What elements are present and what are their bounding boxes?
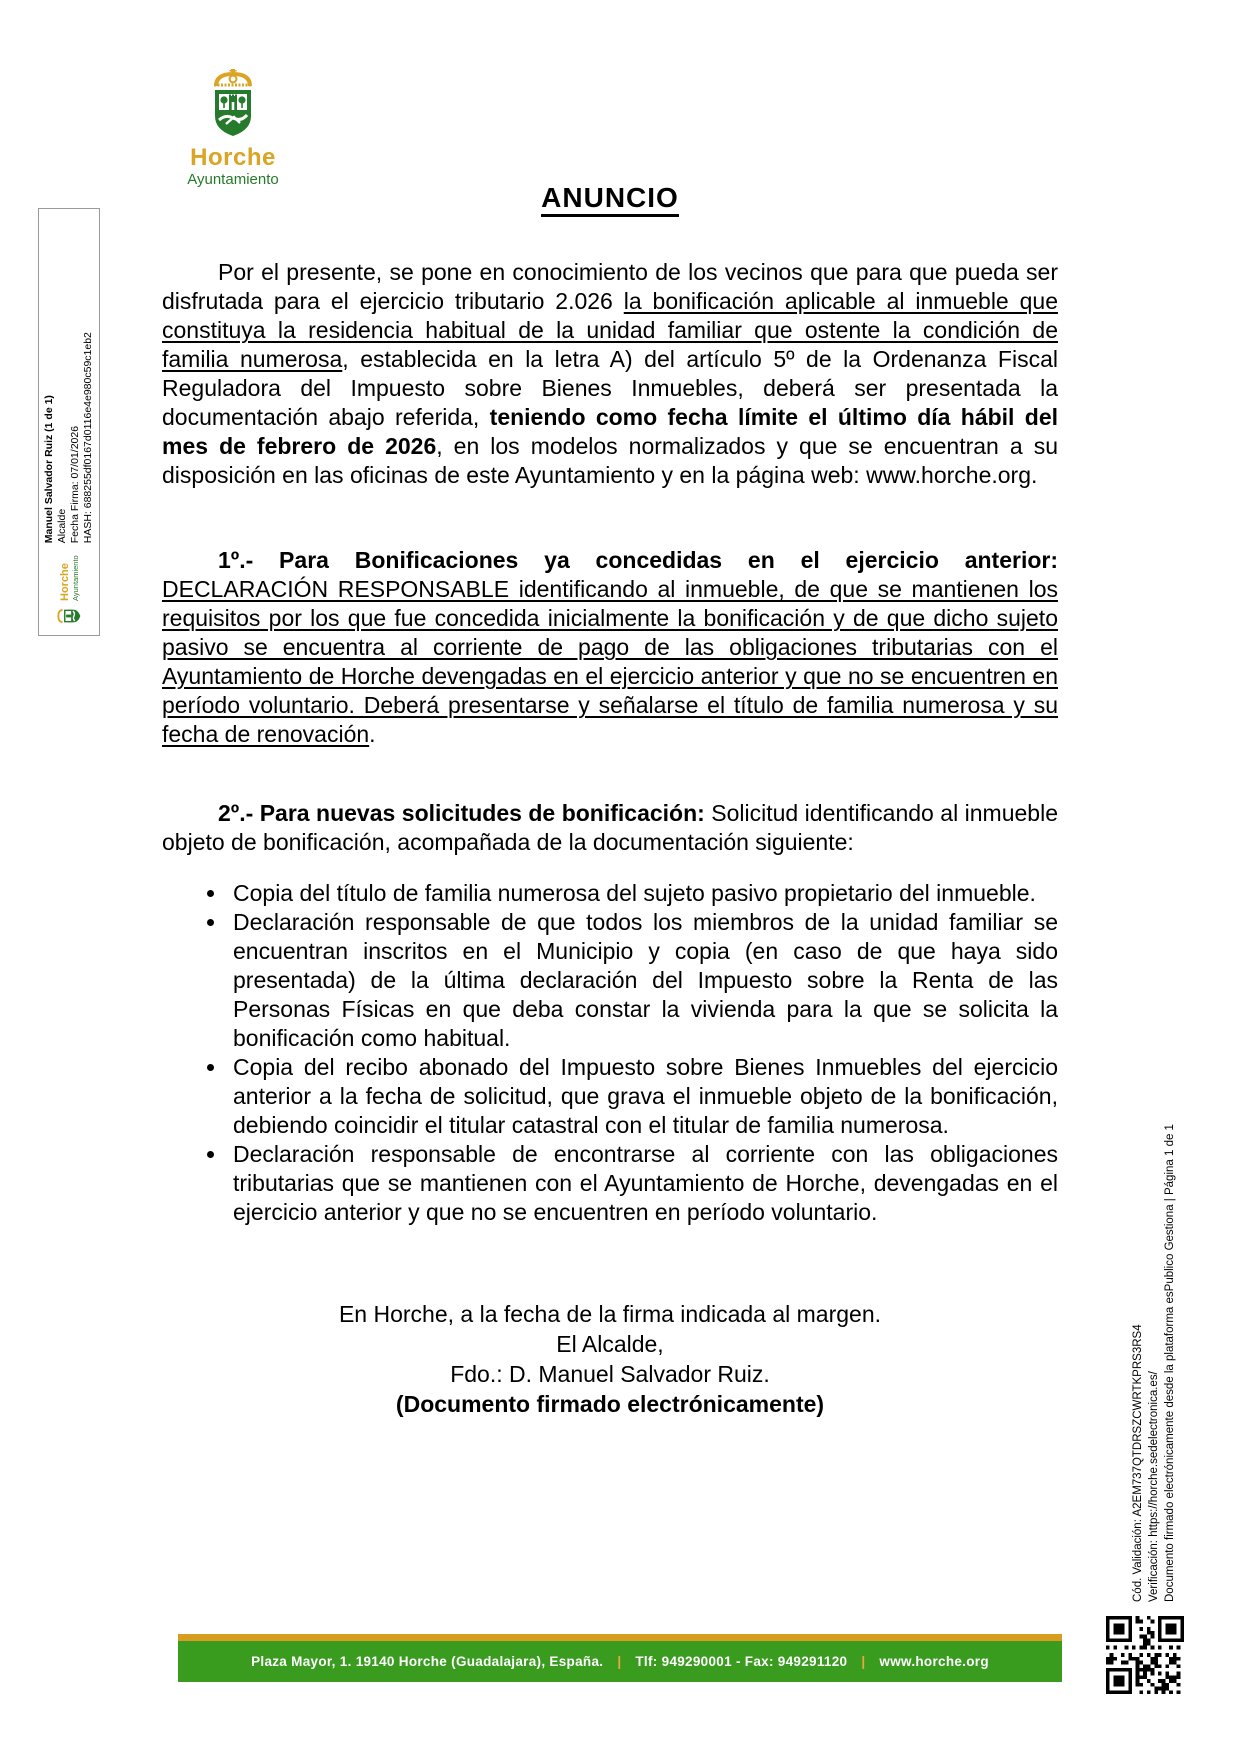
- list-item: Declaración responsable de encontrarse a…: [228, 1140, 1058, 1227]
- footer-separator: |: [861, 1654, 865, 1669]
- list-item: Copia del recibo abonado del Impuesto so…: [228, 1053, 1058, 1140]
- validation-code: Cód. Validación: A2EM737QTDRSZCWRTKPRS3R…: [1130, 952, 1146, 1602]
- horche-mini-logo: Horche Ayuntamiento: [56, 555, 82, 627]
- footer-website: www.horche.org: [879, 1654, 988, 1669]
- list-item: Declaración responsable de que todos los…: [228, 908, 1058, 1053]
- footer-separator: |: [617, 1654, 621, 1669]
- platform-page-info: Documento firmado electrónicamente desde…: [1162, 952, 1178, 1602]
- text-segment: 2º.- Para nuevas solicitudes de bonifica…: [218, 800, 711, 826]
- signer-role: Alcalde: [56, 332, 69, 543]
- qr-code-graphic: [1106, 1616, 1184, 1694]
- requirements-list: Copia del título de familia numerosa del…: [162, 879, 1058, 1227]
- signature-margin-box: Horche Ayuntamiento Manuel Salvador Ruiz…: [38, 208, 100, 636]
- footer-accent-stripe: [178, 1634, 1062, 1641]
- paragraph-section-1: 1º.- Para Bonificaciones ya concedidas e…: [162, 546, 1058, 749]
- closing-role-line: El Alcalde,: [162, 1329, 1058, 1359]
- paragraph-section-2: 2º.- Para nuevas solicitudes de bonifica…: [162, 799, 1058, 857]
- document-page: Horche Ayuntamiento Horche Ayuntamiento …: [0, 0, 1240, 1754]
- closing-place-line: En Horche, a la fecha de la firma indica…: [162, 1299, 1058, 1329]
- closing-esign-line: (Documento firmado electrónicamente): [162, 1389, 1058, 1419]
- verification-url: Verificación: https://horche.sedelectron…: [1146, 952, 1162, 1602]
- mini-logo-name: Horche: [59, 555, 71, 601]
- signature-hash: HASH: 688255df0167d0116e4e980c59c1eb2: [82, 332, 95, 543]
- mini-logo-subtitle: Ayuntamiento: [71, 555, 80, 601]
- page-title: ANUNCIO: [162, 182, 1058, 214]
- list-item: Copia del título de familia numerosa del…: [228, 879, 1058, 908]
- text-segment: 1º.- Para Bonificaciones ya concedidas e…: [218, 547, 1058, 573]
- footer-bar: Plaza Mayor, 1. 19140 Horche (Guadalajar…: [178, 1634, 1062, 1682]
- signature-date: Fecha Firma: 07/01/2026: [69, 332, 82, 543]
- signer-name: Manuel Salvador Ruiz (1 de 1): [43, 332, 56, 543]
- paragraph-intro: Por el presente, se pone en conocimiento…: [162, 258, 1058, 490]
- signature-block: En Horche, a la fecha de la firma indica…: [162, 1299, 1058, 1419]
- closing-signer-line: Fdo.: D. Manuel Salvador Ruiz.: [162, 1359, 1058, 1389]
- text-segment: .: [369, 721, 375, 747]
- validation-margin: Cód. Validación: A2EM737QTDRSZCWRTKPRS3R…: [1130, 952, 1186, 1602]
- footer-phone-fax: Tlf: 949290001 - Fax: 949291120: [635, 1654, 847, 1669]
- horche-crest-small-icon: [56, 605, 82, 627]
- text-segment: DECLARACIÓN RESPONSABLE identificando al…: [162, 576, 1058, 747]
- footer-address: Plaza Mayor, 1. 19140 Horche (Guadalajar…: [251, 1654, 603, 1669]
- qr-code: [1106, 1616, 1184, 1694]
- document-body: ANUNCIO Por el presente, se pone en cono…: [162, 0, 1058, 1419]
